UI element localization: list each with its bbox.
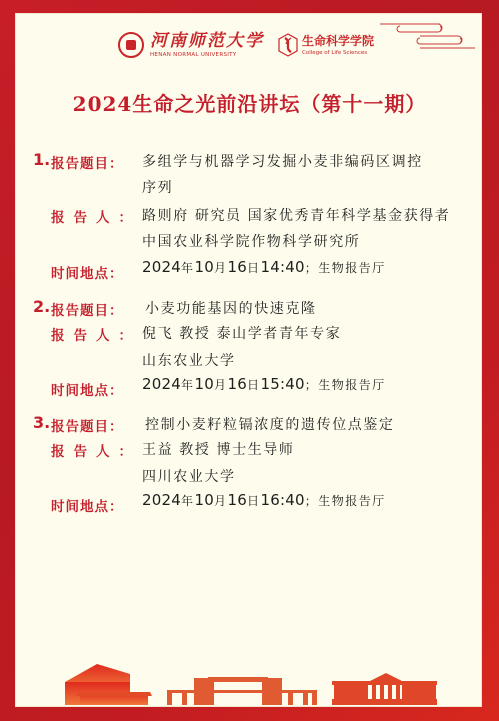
topic-label: 报告题目： xyxy=(51,415,124,435)
college-name-cn: 生命科学学院 xyxy=(302,33,374,49)
topic-label: 报告题目： xyxy=(51,299,124,319)
speaker-text: 路则府 研究员 国家优秀青年科学基金获得者 xyxy=(142,205,451,225)
cloud-decoration-icon xyxy=(380,22,475,58)
header-logos: 河南师范大学 HENAN NORMAL UNIVERSITY 生命科学学院 Co… xyxy=(118,25,374,65)
university-name-cn: 河南师范大学 xyxy=(150,31,264,51)
campus-buildings-illustration xyxy=(60,660,450,705)
time-place-label: 时间地点： xyxy=(51,379,124,399)
time-place-label: 时间地点： xyxy=(51,262,124,282)
speaker-label: 报告人： xyxy=(51,440,141,460)
talk-number: 1. xyxy=(33,150,50,169)
topic-text: 多组学与机器学习发掘小麦非编码区调控 xyxy=(142,151,423,171)
university-emblem-icon xyxy=(118,32,144,58)
speaker-affiliation: 四川农业大学 xyxy=(142,466,236,486)
speaker-affiliation: 中国农业科学院作物科学研究所 xyxy=(142,231,360,251)
college-name-en: College of Life Sciences xyxy=(302,49,374,57)
poster-title: 2024生命之光前沿讲坛（第十一期） xyxy=(0,88,499,117)
topic-text-cont: 序列 xyxy=(142,177,173,197)
time-place-label: 时间地点： xyxy=(51,495,124,515)
time-place-text: 2024年10月16日15:40；生物报告厅 xyxy=(142,375,386,393)
speaker-text: 王益 教授 博士生导师 xyxy=(142,439,295,459)
talk-number: 2. xyxy=(33,297,50,316)
speaker-label: 报告人： xyxy=(51,324,141,344)
speaker-affiliation: 山东农业大学 xyxy=(142,350,236,370)
building-right-icon xyxy=(332,673,437,705)
building-gate-icon xyxy=(167,677,317,705)
topic-text: 小麦功能基因的快速克隆 xyxy=(145,298,317,318)
poster-panel xyxy=(15,13,482,707)
speaker-text: 倪飞 教授 泰山学者青年专家 xyxy=(142,323,341,343)
building-left-icon xyxy=(65,664,152,705)
topic-label: 报告题目： xyxy=(51,152,124,172)
talk-number: 3. xyxy=(33,413,50,432)
speaker-label: 报告人： xyxy=(51,206,141,226)
college-dna-icon xyxy=(278,33,298,57)
university-name-en: HENAN NORMAL UNIVERSITY xyxy=(150,51,264,59)
topic-text: 控制小麦籽粒镉浓度的遗传位点鉴定 xyxy=(145,414,395,434)
time-place-text: 2024年10月16日14:40；生物报告厅 xyxy=(142,258,386,276)
time-place-text: 2024年10月16日16:40；生物报告厅 xyxy=(142,491,386,509)
university-logo-text: 河南师范大学 HENAN NORMAL UNIVERSITY xyxy=(150,31,264,59)
college-logo-text: 生命科学学院 College of Life Sciences xyxy=(302,33,374,57)
